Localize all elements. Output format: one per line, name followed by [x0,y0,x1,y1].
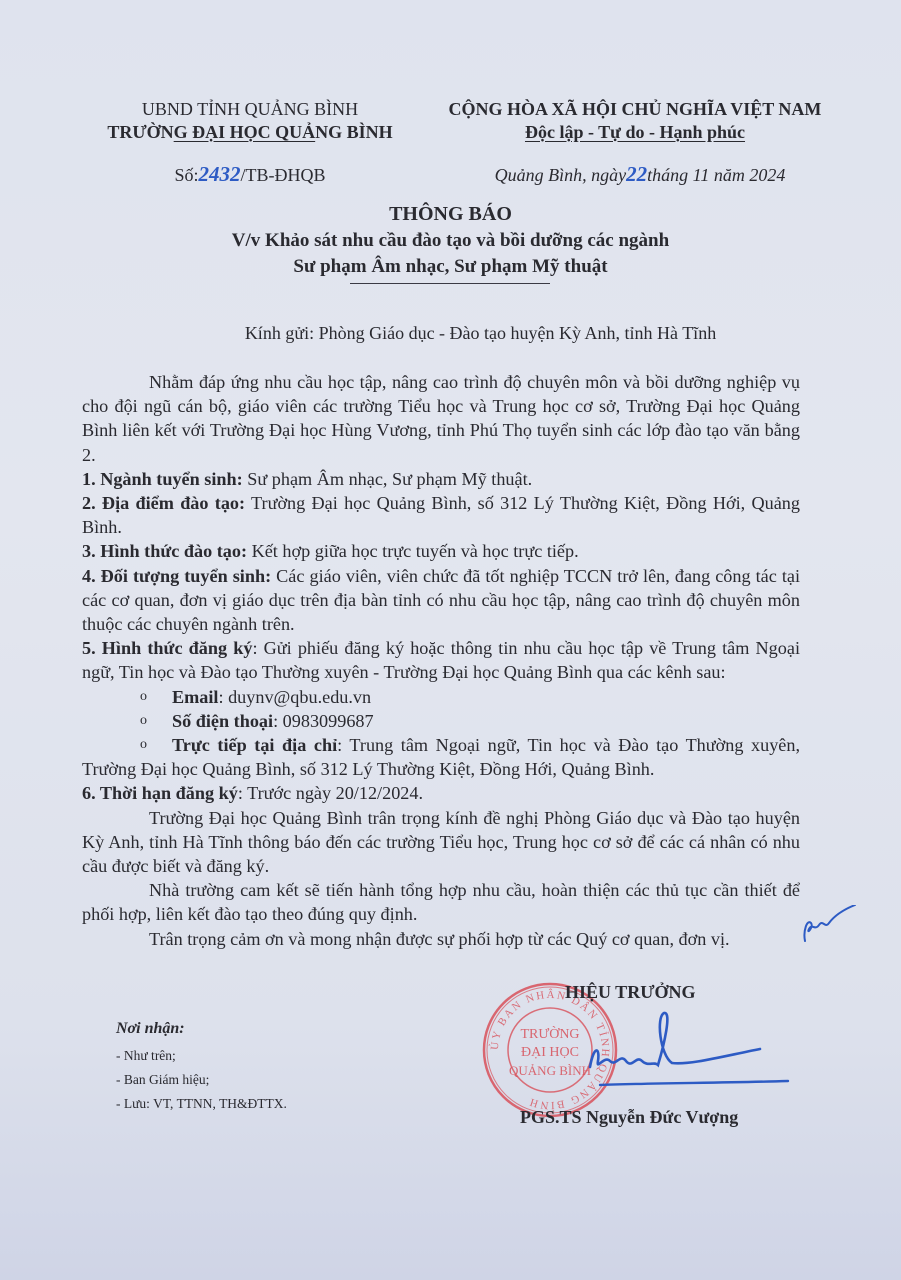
nation-name: CỘNG HÒA XÃ HỘI CHỦ NGHĨA VIỆT NAM [425,98,845,120]
channel-address: oTrực tiếp tại địa chỉ: Trung tâm Ngoại … [82,733,800,781]
item-6-deadline: 6. Thời hạn đăng ký: Trước ngày 20/12/20… [82,781,800,805]
channel-email: oEmail: duynv@qbu.edu.vn [82,685,800,709]
request-paragraph: Trường Đại học Quảng Bình trân trọng kín… [82,806,800,879]
recipient-item: - Như trên; [116,1048,176,1064]
signatory-name: PGS.TS Nguyễn Đức Vượng [520,1107,738,1128]
recipient-item: - Ban Giám hiệu; [116,1072,209,1088]
handwritten-signature-icon [560,1005,790,1095]
document-heading: THÔNG BÁO [0,203,901,226]
item-2: 2. Địa điểm đào tạo: Trường Đại học Quản… [82,491,800,539]
document-number: Số:2432/TB-ĐHQB [100,162,400,187]
channel-phone: oSố điện thoại: 0983099687 [82,709,800,733]
title-divider [350,283,550,284]
recipients-heading: Nơi nhận: [116,1020,185,1038]
initials-signature-icon [797,905,857,945]
handwritten-number: 2432 [199,162,241,186]
signatory-title: HIỆU TRƯỞNG [565,982,696,1003]
bullet-circle-icon: o [140,709,147,733]
item-4: 4. Đối tượng tuyển sinh: Các giáo viên, … [82,564,800,637]
recipient-item: - Lưu: VT, TTNN, TH&ĐTTX. [116,1096,287,1112]
national-motto: Độc lập - Tự do - Hạnh phúc [425,120,845,144]
email-link[interactable]: : duynv@qbu.edu.vn [218,687,371,707]
document-page: UBND TỈNH QUẢNG BÌNH TRƯỜNG ĐẠI HỌC QUẢN… [0,0,901,1280]
document-date: Quảng Bình, ngày22tháng 11 năm 2024 [430,162,850,187]
commitment-paragraph: Nhà trường cam kết sẽ tiến hành tổng hợp… [82,878,800,926]
authority-name: UBND TỈNH QUẢNG BÌNH [100,98,400,120]
bullet-circle-icon: o [140,685,147,709]
issuing-authority-block: UBND TỈNH QUẢNG BÌNH TRƯỜNG ĐẠI HỌC QUẢN… [100,98,400,144]
subject-line-2: Sư phạm Âm nhạc, Sư phạm Mỹ thuật [0,256,901,278]
item-5: 5. Hình thức đăng ký: Gửi phiếu đăng ký … [82,636,800,684]
thanks-paragraph: Trân trọng cảm ơn và mong nhận được sự p… [82,927,800,951]
subject-line-1: V/v Khảo sát nhu cầu đào tạo và bồi dưỡn… [0,230,901,252]
intro-paragraph: Nhằm đáp ứng nhu cầu học tập, nâng cao t… [82,370,800,467]
handwritten-day: 22 [626,162,647,186]
organization-name: TRƯỜNG ĐẠI HỌC QUẢNG BÌNH [100,120,400,144]
document-body: Nhằm đáp ứng nhu cầu học tập, nâng cao t… [82,370,800,951]
item-1: 1. Ngành tuyển sinh: Sư phạm Âm nhạc, Sư… [82,467,800,491]
item-3: 3. Hình thức đào tạo: Kết hợp giữa học t… [82,539,800,563]
addressee: Kính gửi: Phòng Giáo dục - Đào tạo huyện… [0,323,901,344]
national-title-block: CỘNG HÒA XÃ HỘI CHỦ NGHĨA VIỆT NAM Độc l… [425,98,845,144]
bullet-circle-icon: o [140,733,147,757]
